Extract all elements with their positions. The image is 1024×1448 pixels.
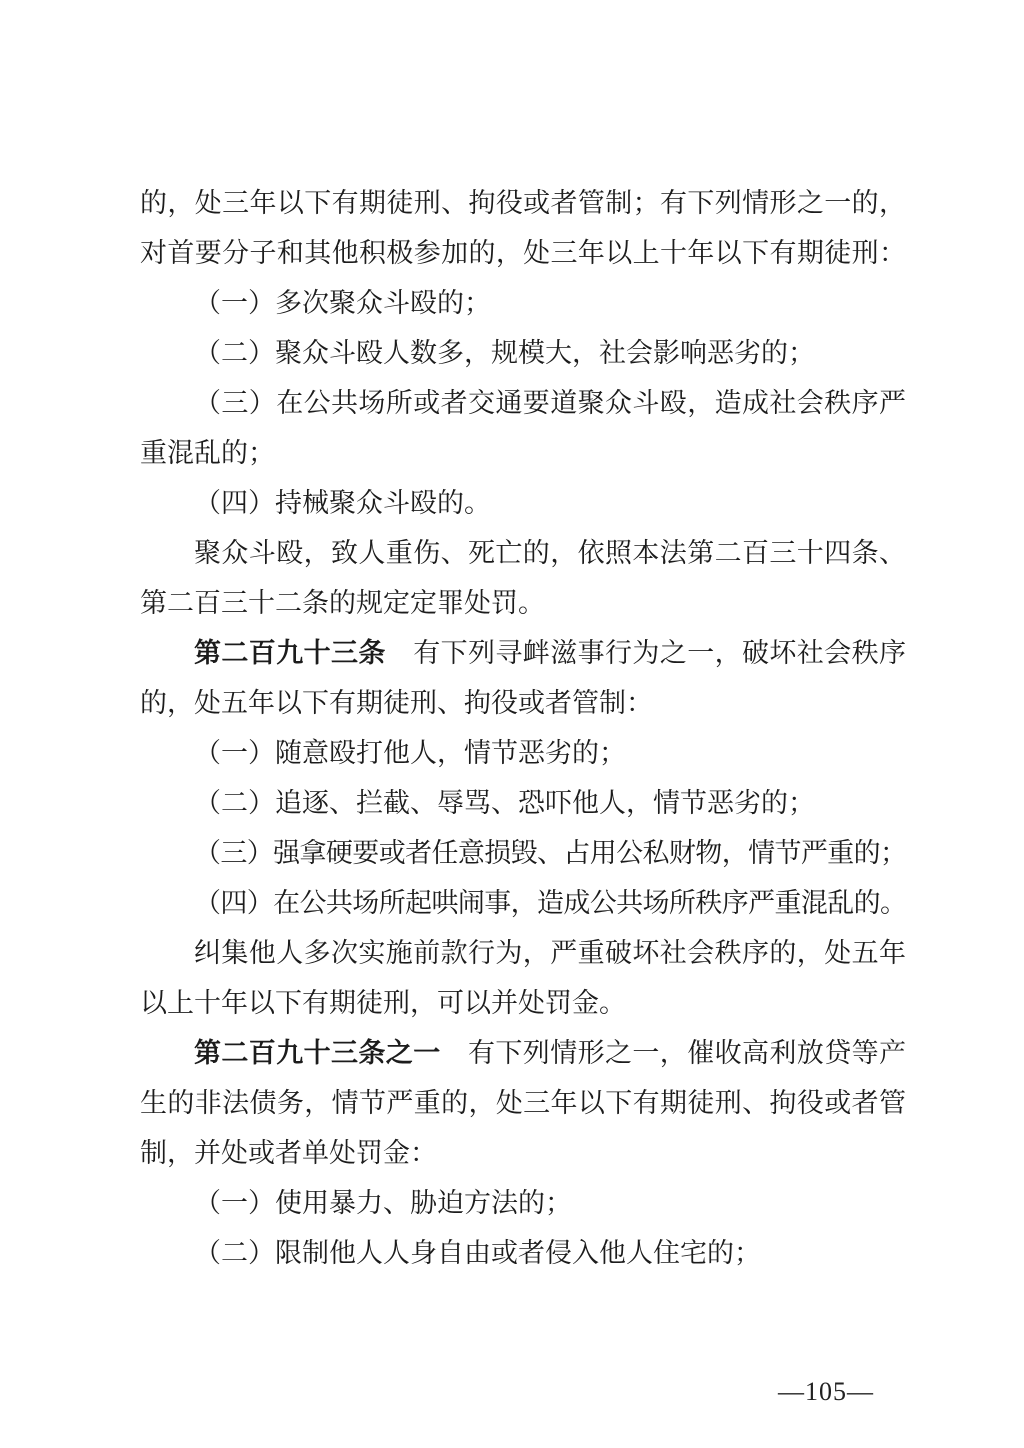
text-line: 第二百三十二条的规定定罪处罚。 xyxy=(140,578,906,628)
list-item: （二）限制他人人身自由或者侵入他人住宅的； xyxy=(140,1228,906,1278)
legal-text-block: 的，处三年以下有期徒刑、拘役或者管制；有下列情形之一的， 对首要分子和其他积极参… xyxy=(140,178,906,1278)
article-heading-line: 第二百九十三条之一 有下列情形之一，催收高利放贷等产 xyxy=(140,1028,906,1078)
text-line: 的，处三年以下有期徒刑、拘役或者管制；有下列情形之一的， xyxy=(140,178,906,228)
text-line: 对首要分子和其他积极参加的，处三年以上十年以下有期徒刑： xyxy=(140,228,906,278)
list-item: （二）聚众斗殴人数多，规模大，社会影响恶劣的； xyxy=(140,328,906,378)
text-line: 制，并处或者单处罚金： xyxy=(140,1128,906,1178)
list-item: （一）多次聚众斗殴的； xyxy=(140,278,906,328)
text-line: 纠集他人多次实施前款行为，严重破坏社会秩序的，处五年 xyxy=(140,928,906,978)
article-number: 第二百九十三条之一 xyxy=(194,1038,441,1068)
list-item: （二）追逐、拦截、辱骂、恐吓他人，情节恶劣的； xyxy=(140,778,906,828)
text-line: 聚众斗殴，致人重伤、死亡的，依照本法第二百三十四条、 xyxy=(140,528,906,578)
page-number: —105— xyxy=(778,1370,874,1414)
list-item: （一）随意殴打他人，情节恶劣的； xyxy=(140,728,906,778)
list-item: （四）在公共场所起哄闹事，造成公共场所秩序严重混乱的。 xyxy=(140,878,906,928)
article-heading-line: 第二百九十三条 有下列寻衅滋事行为之一，破坏社会秩序 xyxy=(140,628,906,678)
text-line: 生的非法债务，情节严重的，处三年以下有期徒刑、拘役或者管 xyxy=(140,1078,906,1128)
text-line: 重混乱的； xyxy=(140,428,906,478)
list-item: （三）强拿硬要或者任意损毁、占用公私财物，情节严重的； xyxy=(140,828,906,878)
list-item: （三）在公共场所或者交通要道聚众斗殴，造成社会秩序严 xyxy=(140,378,906,428)
text-line: 以上十年以下有期徒刑，可以并处罚金。 xyxy=(140,978,906,1028)
document-page: 的，处三年以下有期徒刑、拘役或者管制；有下列情形之一的， 对首要分子和其他积极参… xyxy=(0,0,1024,1448)
article-body-text: 有下列寻衅滋事行为之一，破坏社会秩序 xyxy=(386,638,906,668)
article-number: 第二百九十三条 xyxy=(194,638,386,668)
list-item: （一）使用暴力、胁迫方法的； xyxy=(140,1178,906,1228)
article-body-text: 有下列情形之一，催收高利放贷等产 xyxy=(441,1038,906,1068)
list-item: （四）持械聚众斗殴的。 xyxy=(140,478,906,528)
text-line: 的，处五年以下有期徒刑、拘役或者管制： xyxy=(140,678,906,728)
